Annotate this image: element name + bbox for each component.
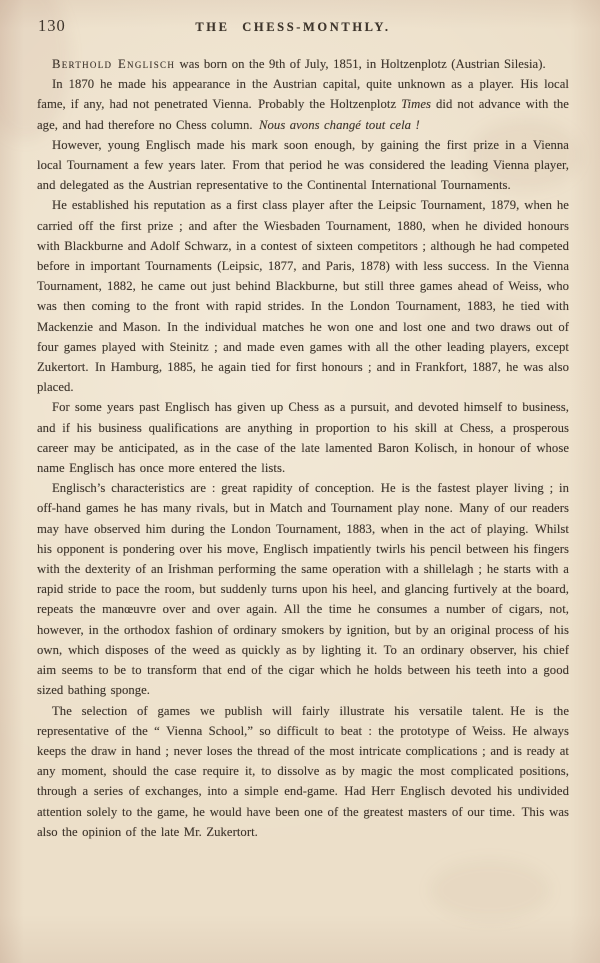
scanned-page: 130 THE CHESS-MONTHLY. Berthold Englisch… xyxy=(0,0,600,842)
article-paragraph-tournament-record: He established his reputation as a first… xyxy=(37,195,569,397)
article-paragraph-characteristics: Englisch’s characteristics are : great r… xyxy=(37,478,569,700)
article-body: Berthold Englisch was born on the 9th of… xyxy=(37,54,569,842)
article-paragraph-vienna-debut: In 1870 he made his appearance in the Au… xyxy=(37,74,569,135)
page-header: 130 THE CHESS-MONTHLY. xyxy=(37,15,569,39)
paper-smudge xyxy=(430,860,550,920)
article-paragraph-first-prize: However, young Englisch made his mark so… xyxy=(37,135,569,196)
article-paragraph-selection-of-games: The selection of games we publish will f… xyxy=(37,701,569,842)
journal-title: THE CHESS-MONTHLY. xyxy=(37,20,549,35)
article-paragraph-intro: Berthold Englisch was born on the 9th of… xyxy=(37,54,569,74)
article-paragraph-business: For some years past Englisch has given u… xyxy=(37,397,569,478)
